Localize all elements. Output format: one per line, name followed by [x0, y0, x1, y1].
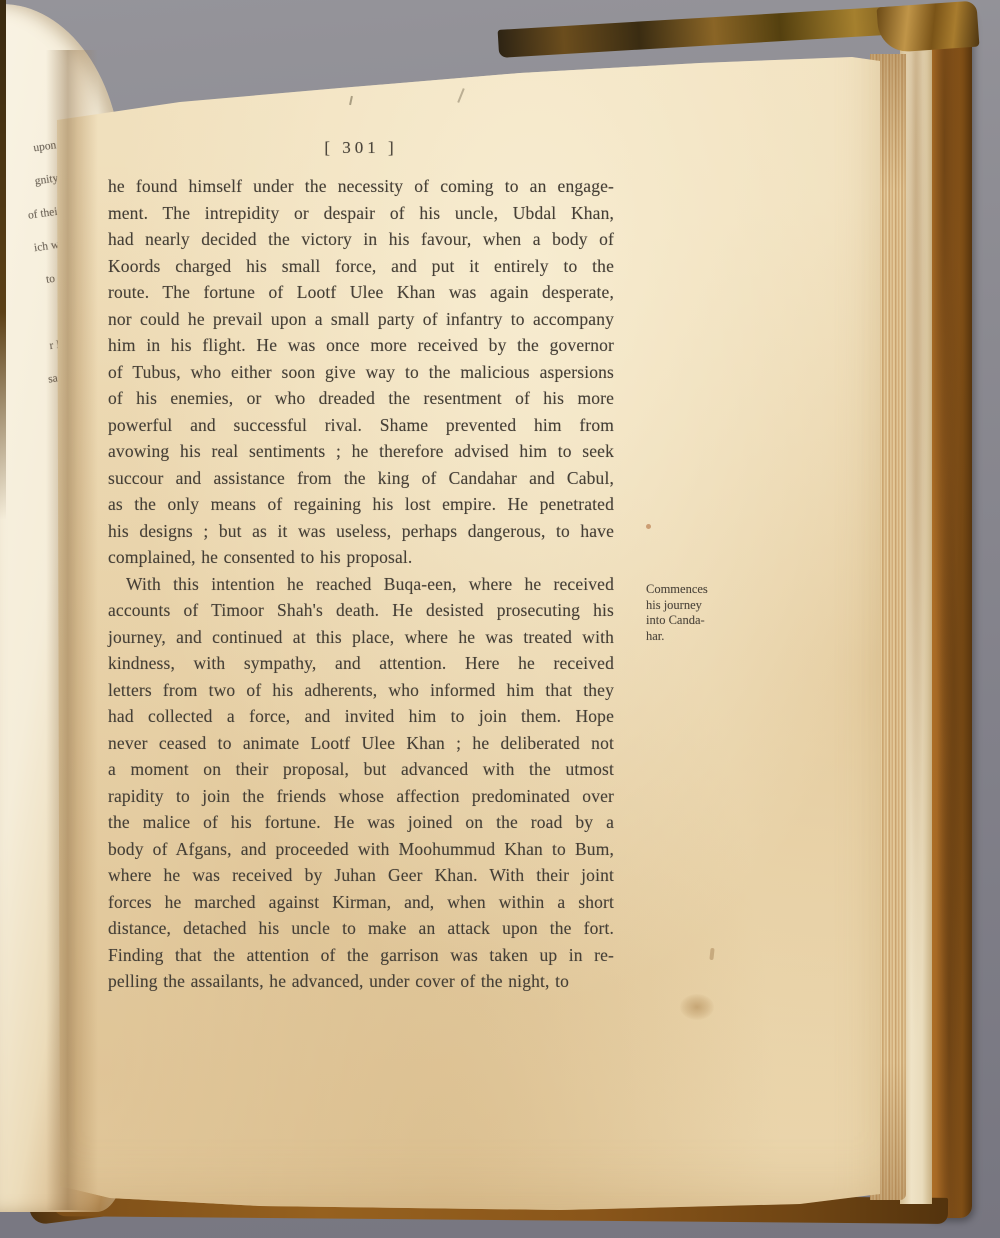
photograph-of-open-book: { "scan": { "page_number": "[ 301 ]", "b… [0, 0, 1000, 1238]
text-line: complained, he consented to his proposal… [108, 544, 614, 571]
text-line: With this intention he reached Buqa-een,… [108, 571, 614, 598]
text-line: body of Afgans, and proceeded with Moohu… [108, 836, 614, 863]
text-line: a moment on their proposal, but advanced… [108, 756, 614, 783]
text-line: as the only means of regaining his lost … [108, 491, 614, 518]
body-text: he found himself under the necessity of … [108, 173, 614, 995]
text-line: avowing his real sentiments ; he therefo… [108, 438, 614, 465]
paper-stain [680, 994, 714, 1020]
margin-note-line: into Canda- [646, 613, 738, 629]
text-line: of his enemies, or who dreaded the resen… [108, 385, 614, 412]
text-line: Finding that the attention of the garris… [108, 942, 614, 969]
text-line: ment. The intrepidity or despair of his … [108, 200, 614, 227]
text-line: he found himself under the necessity of … [108, 173, 614, 200]
text-line: never ceased to animate Lootf Ulee Khan … [108, 730, 614, 757]
margin-note-line: Commences [646, 582, 738, 598]
text-line: succour and assistance from the king of … [108, 465, 614, 492]
page-number: [ 301 ] [108, 138, 614, 158]
text-line: nor could he prevail upon a small party … [108, 306, 614, 333]
text-line: had collected a force, and invited him t… [108, 703, 614, 730]
text-line: Koords charged his small force, and put … [108, 253, 614, 280]
text-line: forces he marched against Kirman, and, w… [108, 889, 614, 916]
text-line: letters from two of his adherents, who i… [108, 677, 614, 704]
text-line: journey, and continued at this place, wh… [108, 624, 614, 651]
text-line: route. The fortune of Lootf Ulee Khan wa… [108, 279, 614, 306]
text-block: [ 301 ] he found himself under the neces… [108, 138, 614, 995]
text-line: the malice of his fortune. He was joined… [108, 809, 614, 836]
text-line: rapidity to join the friends whose affec… [108, 783, 614, 810]
text-line: distance, detached his uncle to make an … [108, 915, 614, 942]
text-line: kindness, with sympathy, and attention. … [108, 650, 614, 677]
text-line: accounts of Timoor Shah's death. He desi… [108, 597, 614, 624]
margin-note-line: his journey [646, 598, 738, 614]
text-line: powerful and successful rival. Shame pre… [108, 412, 614, 439]
text-line: pelling the assailants, he advanced, und… [108, 968, 614, 995]
book-cover-top-corner [877, 1, 980, 54]
text-line: of Tubus, who either soon give way to th… [108, 359, 614, 386]
book-cover-right-board [926, 6, 972, 1218]
text-line: where he was received by Juhan Geer Khan… [108, 862, 614, 889]
left-cover-sliver [0, 0, 6, 520]
margin-note: Commenceshis journeyinto Canda-har. [646, 582, 738, 644]
text-line: his designs ; but as it was useless, per… [108, 518, 614, 545]
margin-note-line: har. [646, 629, 738, 645]
text-line: had nearly decided the victory in his fa… [108, 226, 614, 253]
paper-speck [646, 524, 651, 529]
text-line: him in his flight. He was once more rece… [108, 332, 614, 359]
